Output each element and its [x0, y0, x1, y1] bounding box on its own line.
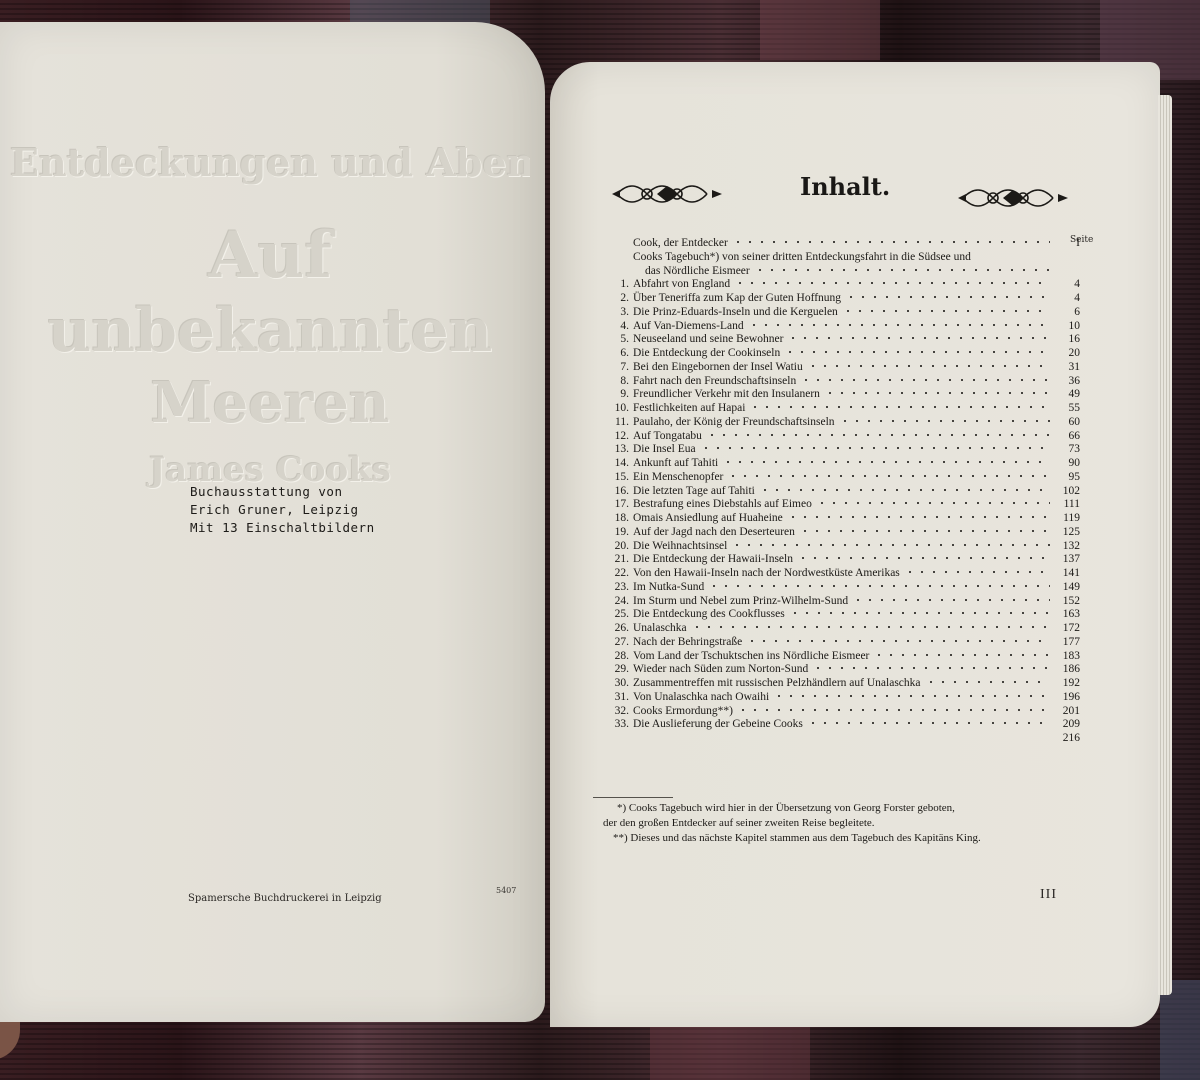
- leader-dots: [727, 470, 1050, 480]
- toc-entry: 33.Die Auslieferung der Gebeine Cooks209: [605, 717, 1080, 731]
- leader-dots: [800, 374, 1050, 384]
- toc-entry-page: 6: [1054, 306, 1080, 320]
- print-number: 5407: [496, 886, 516, 895]
- toc-entry-number: 13.: [605, 443, 633, 457]
- toc-entry: 20.Die Weihnachtsinsel132: [605, 539, 1080, 553]
- toc-entry-page: 4: [1054, 278, 1080, 292]
- toc-entry-page: 95: [1054, 471, 1080, 485]
- toc-entry-page: 201: [1054, 705, 1080, 719]
- toc-entry-page: 196: [1054, 691, 1080, 705]
- toc-entry-number: 31.: [605, 691, 633, 705]
- toc-entry-title: Von den Hawaii-Inseln nach der Nordwestk…: [633, 567, 900, 581]
- footnote-divider: [593, 797, 673, 798]
- toc-entry-number: 16.: [605, 485, 633, 499]
- leader-dots: [824, 387, 1050, 397]
- toc-entry-number: 32.: [605, 705, 633, 719]
- leader-dots: [773, 690, 1050, 700]
- toc-entry-title: Bestrafung eines Diebstahls auf Eimeo: [633, 498, 812, 512]
- toc-entry-page: 36: [1054, 375, 1080, 389]
- leader-dots: [722, 456, 1050, 466]
- toc-entry-title: Festlichkeiten auf Hapai: [633, 402, 745, 416]
- toc-entry: 26.Unalaschka172: [605, 621, 1080, 635]
- toc-entry-page: 31: [1054, 361, 1080, 375]
- toc-entry-title: Die Auslieferung der Gebeine Cooks: [633, 718, 803, 732]
- toc-entry-number: 29.: [605, 663, 633, 677]
- toc-entry: 27.Nach der Behringstraße177: [605, 635, 1080, 649]
- toc-entry: 7.Bei den Eingebornen der Insel Watiu31: [605, 360, 1080, 374]
- toc-entry-title: Von Unalaschka nach Owaihi: [633, 691, 769, 705]
- leader-dots: [748, 319, 1050, 329]
- toc-entry-page: 60: [1054, 416, 1080, 430]
- toc-entry-page: 137: [1054, 553, 1080, 567]
- toc-trailing-page: 216: [605, 731, 1080, 745]
- toc-entry-page: 119: [1054, 512, 1080, 526]
- toc-entry: 31.Von Unalaschka nach Owaihi196: [605, 690, 1080, 704]
- leader-dots: [708, 580, 1050, 590]
- book-imprint: Buchausstattung von Erich Gruner, Leipzi…: [190, 483, 380, 537]
- toc-entry-page: 186: [1054, 663, 1080, 677]
- toc-entry-number: 28.: [605, 650, 633, 664]
- toc-entry: 24.Im Sturm und Nebel zum Prinz-Wilhelm-…: [605, 594, 1080, 608]
- leader-dots: [749, 401, 1050, 411]
- toc-entry-number: 23.: [605, 581, 633, 595]
- toc-entry-page: 192: [1054, 677, 1080, 691]
- toc-entry-number: 12.: [605, 430, 633, 444]
- toc-entry-title: Fahrt nach den Freundschaftsinseln: [633, 375, 796, 389]
- toc-entry-title: Cooks Tagebuch*) von seiner dritten Entd…: [633, 251, 971, 265]
- toc-entry-title: Nach der Behringstraße: [633, 636, 742, 650]
- toc-entry: 13.Die Insel Eua73: [605, 442, 1080, 456]
- toc-entry-title: das Nördliche Eismeer: [633, 265, 750, 279]
- toc-entry-title: Freundlicher Verkehr mit den Insulanern: [633, 388, 820, 402]
- toc-entry-title: Paulaho, der König der Freundschaftsinse…: [633, 416, 835, 430]
- toc-entry-title: Die Prinz-Eduards-Inseln und die Kerguel…: [633, 306, 838, 320]
- toc-entry-page: 163: [1054, 608, 1080, 622]
- toc-entry: 19.Auf der Jagd nach den Deserteuren125: [605, 525, 1080, 539]
- rug-pattern: [760, 0, 880, 60]
- toc-entry-title: Ein Menschenopfer: [633, 471, 723, 485]
- ornament-left-icon: [612, 176, 722, 212]
- embossed-title-line: unbekannten: [10, 296, 530, 366]
- toc-entry-page: 20: [1054, 347, 1080, 361]
- toc-entry-page: 90: [1054, 457, 1080, 471]
- toc-entry-number: 18.: [605, 512, 633, 526]
- toc-entry-title: Die Insel Eua: [633, 443, 696, 457]
- toc-entry-page: 4: [1054, 292, 1080, 306]
- toc-entry-title: Zusammentreffen mit russischen Pelzhändl…: [633, 677, 921, 691]
- leader-dots: [759, 484, 1050, 494]
- toc-entry-page: 177: [1054, 636, 1080, 650]
- leader-dots: [784, 346, 1050, 356]
- leader-dots: [839, 415, 1050, 425]
- toc-entry: Cooks Tagebuch*) von seiner dritten Entd…: [605, 250, 1080, 264]
- toc-entry-title: Im Nutka-Sund: [633, 581, 704, 595]
- toc-entry-title: Die Entdeckung des Cookflusses: [633, 608, 785, 622]
- toc-entry: Cook, der EntdeckerI: [605, 236, 1080, 250]
- toc-entry-title: Die Entdeckung der Hawaii-Inseln: [633, 553, 793, 567]
- printer-credit: Spamersche Buchdruckerei in Leipzig: [188, 893, 382, 904]
- embossed-title-line: Auf: [10, 218, 530, 293]
- toc-entry-number: 11.: [605, 416, 633, 430]
- toc-entry-number: 6.: [605, 347, 633, 361]
- toc-entry-number: 5.: [605, 333, 633, 347]
- toc-entry: 14.Ankunft auf Tahiti90: [605, 456, 1080, 470]
- embossed-title-line: Meeren: [10, 370, 530, 436]
- leader-dots: [700, 442, 1050, 452]
- toc-entry: 8.Fahrt nach den Freundschaftsinseln36: [605, 374, 1080, 388]
- toc-entry-number: 14.: [605, 457, 633, 471]
- leader-dots: [731, 539, 1050, 549]
- toc-entry-number: 15.: [605, 471, 633, 485]
- toc-entry-page: 132: [1054, 540, 1080, 554]
- footnote-line: der den großen Entdecker auf seiner zwei…: [603, 816, 1093, 831]
- footnote-line: **) Dieses und das nächste Kapitel stamm…: [603, 831, 1093, 846]
- toc-entry-title: Cooks Ermordung**): [633, 705, 733, 719]
- toc-entry-number: 19.: [605, 526, 633, 540]
- toc-entry: 23.Im Nutka-Sund149: [605, 580, 1080, 594]
- leader-dots: [737, 704, 1050, 714]
- leader-dots: [789, 607, 1050, 617]
- toc-entry-title: Vom Land der Tschuktschen ins Nördliche …: [633, 650, 869, 664]
- toc-entry: 12.Auf Tongatabu66: [605, 429, 1080, 443]
- toc-entry-page: 216: [1054, 732, 1080, 746]
- ornament-right-icon: [958, 180, 1068, 216]
- toc-entry-number: 17.: [605, 498, 633, 512]
- toc-entry-number: 21.: [605, 553, 633, 567]
- toc-entry: 9.Freundlicher Verkehr mit den Insulaner…: [605, 387, 1080, 401]
- toc-entry-page: 152: [1054, 595, 1080, 609]
- toc-entry-title: Auf Tongatabu: [633, 430, 702, 444]
- toc-entry: 1.Abfahrt von England4: [605, 277, 1080, 291]
- toc-heading: Inhalt.: [800, 172, 890, 201]
- toc-entry-title: Cook, der Entdecker: [633, 237, 728, 251]
- toc-entry-title: Auf der Jagd nach den Deserteuren: [633, 526, 795, 540]
- leader-dots: [787, 511, 1050, 521]
- leader-dots: [797, 552, 1050, 562]
- toc-entry-title: Auf Van-Diemens-Land: [633, 320, 744, 334]
- leader-dots: [873, 649, 1050, 659]
- toc-entry-page: 125: [1054, 526, 1080, 540]
- leader-dots: [746, 635, 1050, 645]
- toc-entry-page: 111: [1054, 498, 1080, 512]
- toc-entry-title: Unalaschka: [633, 622, 687, 636]
- toc-entry-number: 26.: [605, 622, 633, 636]
- toc-entry-page: 149: [1054, 581, 1080, 595]
- toc-entry-number: 9.: [605, 388, 633, 402]
- leader-dots: [925, 676, 1050, 686]
- toc-entry-number: 2.: [605, 292, 633, 306]
- toc-entry-number: 1.: [605, 278, 633, 292]
- toc-entry: 2.Über Teneriffa zum Kap der Guten Hoffn…: [605, 291, 1080, 305]
- toc-entry: 10.Festlichkeiten auf Hapai55: [605, 401, 1080, 415]
- toc-entry-number: 33.: [605, 718, 633, 732]
- toc-entry: 6.Die Entdeckung der Cookinseln20: [605, 346, 1080, 360]
- imprint-line: Erich Gruner, Leipzig: [190, 501, 380, 519]
- toc-entry: 22.Von den Hawaii-Inseln nach der Nordwe…: [605, 566, 1080, 580]
- toc-entry-page: I: [1054, 237, 1080, 251]
- toc-entry: 29.Wieder nach Süden zum Norton-Sund186: [605, 662, 1080, 676]
- leader-dots: [812, 662, 1050, 672]
- toc-entry-title: Ankunft auf Tahiti: [633, 457, 718, 471]
- toc-entry-title: Die Weihnachtsinsel: [633, 540, 727, 554]
- leader-dots: [904, 566, 1050, 576]
- imprint-line: Buchausstattung von: [190, 483, 380, 501]
- toc-entry: 25.Die Entdeckung des Cookflusses163: [605, 607, 1080, 621]
- leader-dots: [734, 277, 1050, 287]
- imprint-line: Mit 13 Einschaltbildern: [190, 519, 380, 537]
- toc-entry-number: 24.: [605, 595, 633, 609]
- toc-entry: 17.Bestrafung eines Diebstahls auf Eimeo…: [605, 497, 1080, 511]
- toc-entry-page: 10: [1054, 320, 1080, 334]
- leader-dots: [816, 497, 1050, 507]
- leader-dots: [732, 236, 1050, 246]
- toc-entry-number: 3.: [605, 306, 633, 320]
- footnote-line: *) Cooks Tagebuch wird hier in der Übers…: [603, 801, 1093, 816]
- toc-entry-number: 27.: [605, 636, 633, 650]
- rug-pattern: [1160, 980, 1200, 1080]
- toc-entry-page: 55: [1054, 402, 1080, 416]
- toc-entry-page: 172: [1054, 622, 1080, 636]
- toc-entry: 16.Die letzten Tage auf Tahiti102: [605, 484, 1080, 498]
- page-number: III: [1040, 887, 1057, 903]
- leader-dots: [799, 525, 1050, 535]
- leader-dots: [852, 594, 1050, 604]
- toc-entry: 21.Die Entdeckung der Hawaii-Inseln137: [605, 552, 1080, 566]
- toc-entry-page: 49: [1054, 388, 1080, 402]
- leader-dots: [706, 429, 1050, 439]
- table-of-contents: Cook, der EntdeckerICooks Tagebuch*) von…: [605, 236, 1080, 745]
- toc-entry: 3.Die Prinz-Eduards-Inseln und die Kergu…: [605, 305, 1080, 319]
- toc-entry-title: Über Teneriffa zum Kap der Guten Hoffnun…: [633, 292, 841, 306]
- leader-dots: [842, 305, 1050, 315]
- toc-entry-title: Omais Ansiedlung auf Huaheine: [633, 512, 783, 526]
- toc-entry-title: Die Entdeckung der Cookinseln: [633, 347, 780, 361]
- toc-entry-page: 102: [1054, 485, 1080, 499]
- toc-entry: 5.Neuseeland und seine Bewohner16: [605, 332, 1080, 346]
- footnotes: *) Cooks Tagebuch wird hier in der Übers…: [603, 801, 1093, 846]
- toc-entry-page: 16: [1054, 333, 1080, 347]
- toc-entry-number: 22.: [605, 567, 633, 581]
- toc-entry-page: 209: [1054, 718, 1080, 732]
- toc-entry-number: 4.: [605, 320, 633, 334]
- toc-entry-number: 10.: [605, 402, 633, 416]
- toc-entry: 4.Auf Van-Diemens-Land10: [605, 319, 1080, 333]
- toc-entry: 32.Cooks Ermordung**)201: [605, 704, 1080, 718]
- leader-dots: [807, 717, 1050, 727]
- toc-entry-number: 7.: [605, 361, 633, 375]
- leader-dots: [691, 621, 1050, 631]
- toc-entry-number: 8.: [605, 375, 633, 389]
- toc-entry: 28.Vom Land der Tschuktschen ins Nördlic…: [605, 649, 1080, 663]
- leader-dots: [807, 360, 1050, 370]
- toc-entry-number: 30.: [605, 677, 633, 691]
- toc-entry-title: Abfahrt von England: [633, 278, 730, 292]
- toc-entry-number: 25.: [605, 608, 633, 622]
- leader-dots: [787, 332, 1050, 342]
- toc-entry: das Nördliche Eismeer: [605, 264, 1080, 278]
- toc-entry-title: Die letzten Tage auf Tahiti: [633, 485, 755, 499]
- toc-entry-page: 73: [1054, 443, 1080, 457]
- toc-entry-title: Im Sturm und Nebel zum Prinz-Wilhelm-Sun…: [633, 595, 848, 609]
- toc-entry-page: 66: [1054, 430, 1080, 444]
- toc-entry: 30.Zusammentreffen mit russischen Pelzhä…: [605, 676, 1080, 690]
- leader-dots: [845, 291, 1050, 301]
- toc-entry-page: 183: [1054, 650, 1080, 664]
- embossed-title-line: Entdeckungen und Abenteuer: [10, 140, 530, 185]
- toc-entry-title: Wieder nach Süden zum Norton-Sund: [633, 663, 808, 677]
- toc-entry: 18.Omais Ansiedlung auf Huaheine119: [605, 511, 1080, 525]
- leader-dots: [975, 250, 1050, 260]
- page-edges: [1158, 95, 1172, 995]
- toc-entry-number: 20.: [605, 540, 633, 554]
- toc-entry: 11.Paulaho, der König der Freundschaftsi…: [605, 415, 1080, 429]
- toc-entry-page: 141: [1054, 567, 1080, 581]
- toc-entry: 15.Ein Menschenopfer95: [605, 470, 1080, 484]
- toc-entry-title: Bei den Eingebornen der Insel Watiu: [633, 361, 803, 375]
- toc-entry-title: Neuseeland und seine Bewohner: [633, 333, 783, 347]
- leader-dots: [754, 264, 1050, 274]
